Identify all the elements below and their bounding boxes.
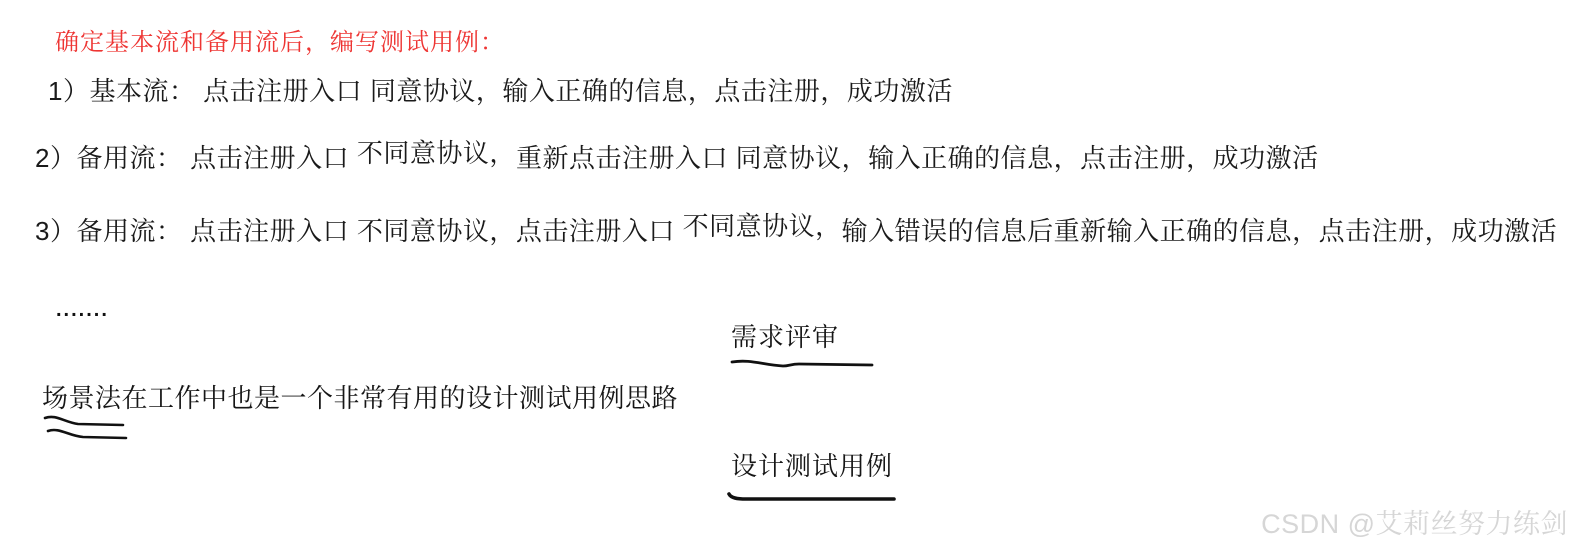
flow-line-alt-1: 2）备用流： 点击注册入口 不同意协议，重新点击注册入口 同意协议，输入正确的信… <box>35 143 1319 174</box>
flow-line-alt-2: 3）备用流： 点击注册入口 不同意协议，点击注册入口 不同意协议，输入错误的信息… <box>35 216 1557 247</box>
hand-underline-design-test-cases <box>726 489 898 505</box>
annotation-requirement-review: 需求评审 <box>731 317 839 354</box>
flow-line-basic-text: 1）基本流： 点击注册入口 同意协议，输入正确的信息，点击注册，成功激活 <box>48 76 953 106</box>
flow-line-basic: 1）基本流： 点击注册入口 同意协议，输入正确的信息，点击注册，成功激活 <box>48 76 953 107</box>
flow-line-alt-2-text-b: 输入错误的信息后重新输入正确的信息，点击注册，成功激活 <box>842 216 1558 246</box>
hand-underline-requirement-review <box>729 354 879 372</box>
section-heading: 确定基本流和备用流后，编写测试用例： <box>55 22 505 57</box>
flow-line-alt-2-text-a: 3）备用流： 点击注册入口 不同意协议，点击注册入口 <box>35 216 683 246</box>
annotation-design-test-cases: 设计测试用例 <box>731 446 893 483</box>
scenario-note: 场景法在工作中也是一个非常有用的设计测试用例思路 <box>42 378 678 415</box>
flow-line-alt-1-text-b: 重新点击注册入口 同意协议，输入正确的信息，点击注册，成功激活 <box>516 143 1319 173</box>
ellipsis-dots: ....... <box>56 299 109 322</box>
hand-squiggle-scenario <box>42 411 134 445</box>
flow-line-alt-1-text-a: 2）备用流： 点击注册入口 <box>35 143 357 173</box>
csdn-watermark: CSDN @艾莉丝努力练剑 <box>1238 502 1568 541</box>
flow-line-alt-2-text-raised: 不同意协议， <box>683 211 842 241</box>
flow-line-alt-1-text-raised: 不同意协议， <box>357 138 516 168</box>
document-page: 确定基本流和备用流后，编写测试用例： 1）基本流： 点击注册入口 同意协议，输入… <box>0 0 1574 546</box>
